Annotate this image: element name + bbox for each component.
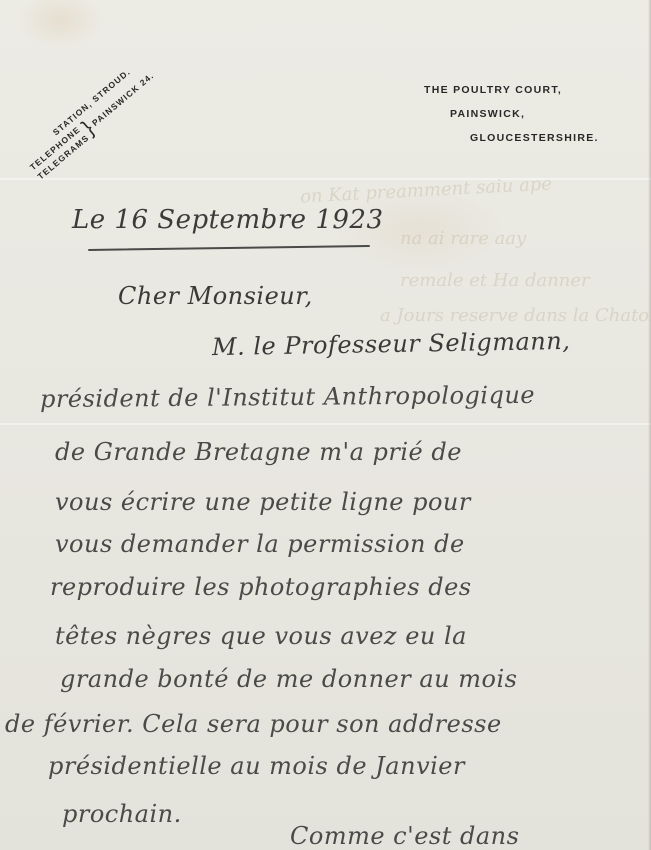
body-line: têtes nègres que vous avez eu la xyxy=(55,622,467,650)
paper-fold-line xyxy=(0,178,651,180)
body-line: de Grande Bretagne m'a prié de xyxy=(55,438,462,466)
body-line: reproduire les photographies des xyxy=(50,573,472,601)
letter-date: Le 16 Septembre 1923 xyxy=(72,205,384,235)
address-line-1: THE POULTRY COURT, xyxy=(424,84,562,96)
body-line: prochain. xyxy=(62,800,182,828)
address-line-2: PAINSWICK, xyxy=(450,108,525,120)
bleed-through-text: a Jours reserve dans la Chatom xyxy=(380,305,651,326)
body-line: vous demander la permission de xyxy=(55,530,465,558)
body-line: Comme c'est dans xyxy=(290,822,519,850)
body-line: président de l'Institut Anthropologique xyxy=(40,381,535,413)
body-line: de février. Cela sera pour son addresse xyxy=(5,710,502,738)
paper-fold-line xyxy=(0,423,651,425)
address-line-3: GLOUCESTERSHIRE. xyxy=(470,132,599,144)
body-line: présidentielle au mois de Janvier xyxy=(48,752,465,780)
salutation: Cher Monsieur, xyxy=(118,282,313,310)
bleed-through-text: remale et Ha danner xyxy=(400,270,590,291)
body-line: grande bonté de me donner au mois xyxy=(60,665,517,693)
bleed-through-text: na ai rare aay xyxy=(400,228,526,249)
body-line: vous écrire une petite ligne pour xyxy=(55,488,471,516)
